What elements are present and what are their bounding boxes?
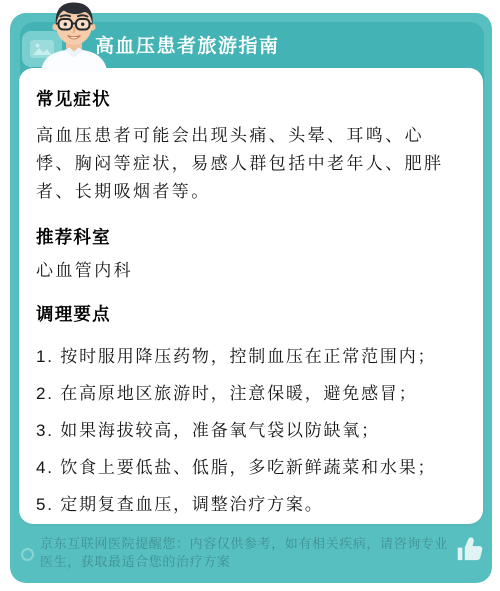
disclaimer-text: 京东互联网医院提醒您：内容仅供参考，如有相关疾病，请咨询专业 医生，获取最适合您… bbox=[40, 535, 452, 570]
section-heading-department: 推荐科室 bbox=[36, 222, 457, 249]
thumbs-up-icon[interactable] bbox=[455, 535, 485, 563]
symptoms-paragraph: 高血压患者可能会出现头痛、头晕、耳鸣、心悸、胸闷等症状，易感人群包括中老年人、肥… bbox=[36, 122, 457, 206]
tip-item: 3. 如果海拔较高，准备氧气袋以防缺氧； bbox=[36, 421, 457, 441]
info-circle-icon bbox=[21, 548, 34, 561]
department-value: 心血管内科 bbox=[36, 261, 457, 281]
page-title: 高血压患者旅游指南 bbox=[95, 31, 280, 58]
tip-item: 4. 饮食上要低盐、低脂，多吃新鲜蔬菜和水果； bbox=[36, 458, 457, 478]
disclaimer-line-1: 京东互联网医院提醒您：内容仅供参考，如有相关疾病，请咨询专业 bbox=[40, 535, 452, 553]
disclaimer-line-2: 医生，获取最适合您的治疗方案 bbox=[40, 553, 452, 571]
section-heading-symptoms: 常见症状 bbox=[36, 84, 457, 111]
content-card: 常见症状 高血压患者可能会出现头痛、头晕、耳鸣、心悸、胸闷等症状，易感人群包括中… bbox=[19, 68, 483, 524]
tip-item: 2. 在高原地区旅游时，注意保暖，避免感冒； bbox=[36, 384, 457, 404]
tip-item: 1. 按时服用降压药物，控制血压在正常范围内； bbox=[36, 347, 457, 367]
section-heading-tips: 调理要点 bbox=[36, 299, 457, 326]
tip-list: 1. 按时服用降压药物，控制血压在正常范围内； 2. 在高原地区旅游时，注意保暖… bbox=[36, 347, 457, 515]
health-card-page: 常见症状 高血压患者可能会出现头痛、头晕、耳鸣、心悸、胸闷等症状，易感人群包括中… bbox=[0, 0, 500, 591]
tip-item: 5. 定期复查血压，调整治疗方案。 bbox=[36, 495, 457, 515]
